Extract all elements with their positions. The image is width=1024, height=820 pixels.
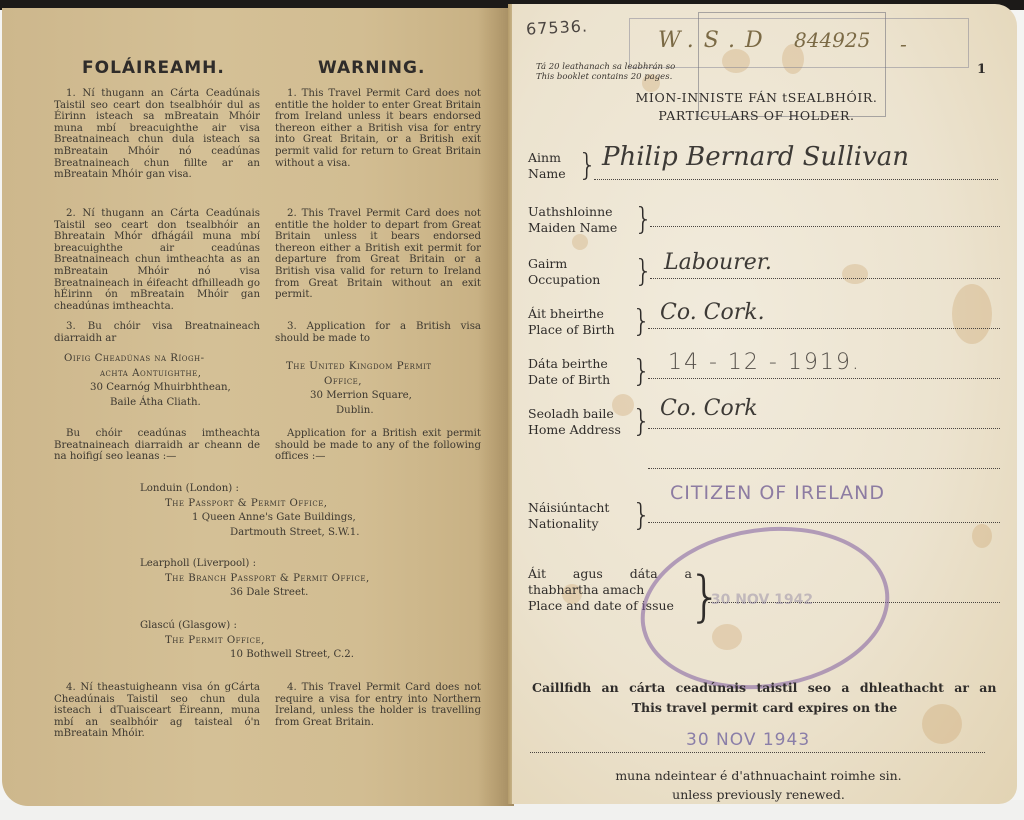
title-english: PARTICULARS OF HOLDER.	[512, 108, 1009, 123]
english-para-1: 1. This Travel Permit Card does not enti…	[275, 88, 481, 169]
date-of-birth-value: 14 - 12 - 1919.	[668, 350, 861, 375]
home-address-second-line	[648, 468, 1000, 469]
brace-icon: }	[632, 357, 651, 387]
office-london: Londuin (London) : The Passport & Permit…	[140, 482, 360, 540]
serial-number-handwritten: 67536.	[526, 16, 589, 38]
brace-icon: }	[634, 205, 653, 235]
english-para-2: 2. This Travel Permit Card does not enti…	[275, 208, 481, 301]
irish-para-3: 3. Bu chóir visa Breatnaineach diarraidh…	[54, 321, 260, 344]
brace-icon: }	[634, 257, 653, 287]
expiry-text-english: This travel permit card expires on the	[512, 700, 1017, 715]
irish-office-address: Oifig Cheadúnas na Ríogh- achta Aontuigh…	[64, 352, 274, 381]
brace-icon: }	[632, 307, 651, 337]
issue-office-stamp	[630, 511, 900, 704]
heading-english: WARNING.	[318, 58, 425, 78]
left-page-warning: FOLÁIREAMH. WARNING. 1. Ní thugann an Cá…	[2, 8, 514, 806]
name-value: Philip Bernard Sullivan	[602, 142, 909, 172]
english-para-3b: Application for a British exit permit sh…	[275, 428, 481, 463]
title-irish: MION-INNISTE FÁN tSEALBHÓIR.	[512, 90, 1009, 105]
renew-text-irish: muna ndeintear é d'athnuachaint roimhe s…	[512, 768, 1011, 783]
expiry-text-irish: Caillfidh an cárta ceadúnais taistil seo…	[532, 680, 997, 695]
right-page-particulars: 67536. W.S.D 844925 - Tá 20 leathanach s…	[512, 4, 1017, 804]
office-liverpool: Learpholl (Liverpool) : The Branch Passp…	[140, 557, 370, 601]
stamp-code-handwritten: W.S.D	[658, 28, 773, 53]
issue-stamp-date: 30 NOV 1942	[702, 592, 822, 608]
brace-icon: }	[632, 407, 651, 437]
english-para-3: 3. Application for a British visa should…	[275, 321, 481, 344]
nationality-stamp: CITIZEN OF IRELAND	[670, 482, 885, 504]
heading-irish: FOLÁIREAMH.	[82, 58, 225, 78]
brace-icon: }	[632, 501, 651, 531]
expiry-date-line	[530, 752, 985, 753]
place-of-birth-value: Co. Cork.	[660, 300, 765, 325]
english-para-4: 4. This Travel Permit Card does not requ…	[275, 682, 481, 728]
pages-note: Tá 20 leathanach sa leabhrán so This boo…	[536, 62, 675, 82]
english-office-name: The United Kingdom Permit Office,	[286, 360, 496, 389]
irish-para-2: 2. Ní thugann an Cárta Ceadúnais Taistil…	[54, 208, 260, 312]
renew-text-english: unless previously renewed.	[512, 787, 1011, 802]
expiry-date-stamp: 30 NOV 1943	[686, 730, 810, 750]
occupation-value: Labourer.	[664, 250, 772, 275]
irish-office-street: 30 Cearnóg Mhuirbhthean, Baile Átha Clia…	[90, 381, 231, 410]
irish-para-1: 1. Ní thugann an Cárta Ceadúnais Taistil…	[54, 88, 260, 181]
english-office-street: 30 Merrion Square, Dublin.	[310, 389, 412, 418]
stamp-dash: -	[900, 32, 907, 56]
page-number: 1	[977, 62, 986, 77]
stamp-number-handwritten: 844925	[794, 28, 870, 52]
brace-icon: }	[578, 151, 597, 181]
irish-para-3b: Bu chóir ceadúnas imtheachta Breatnainea…	[54, 428, 260, 463]
irish-para-4: 4. Ní theastuigheann visa ón gCárta Chea…	[54, 682, 260, 740]
home-address-value: Co. Cork	[660, 396, 758, 421]
office-glasgow: Glascú (Glasgow) : The Permit Office, 10…	[140, 619, 354, 663]
